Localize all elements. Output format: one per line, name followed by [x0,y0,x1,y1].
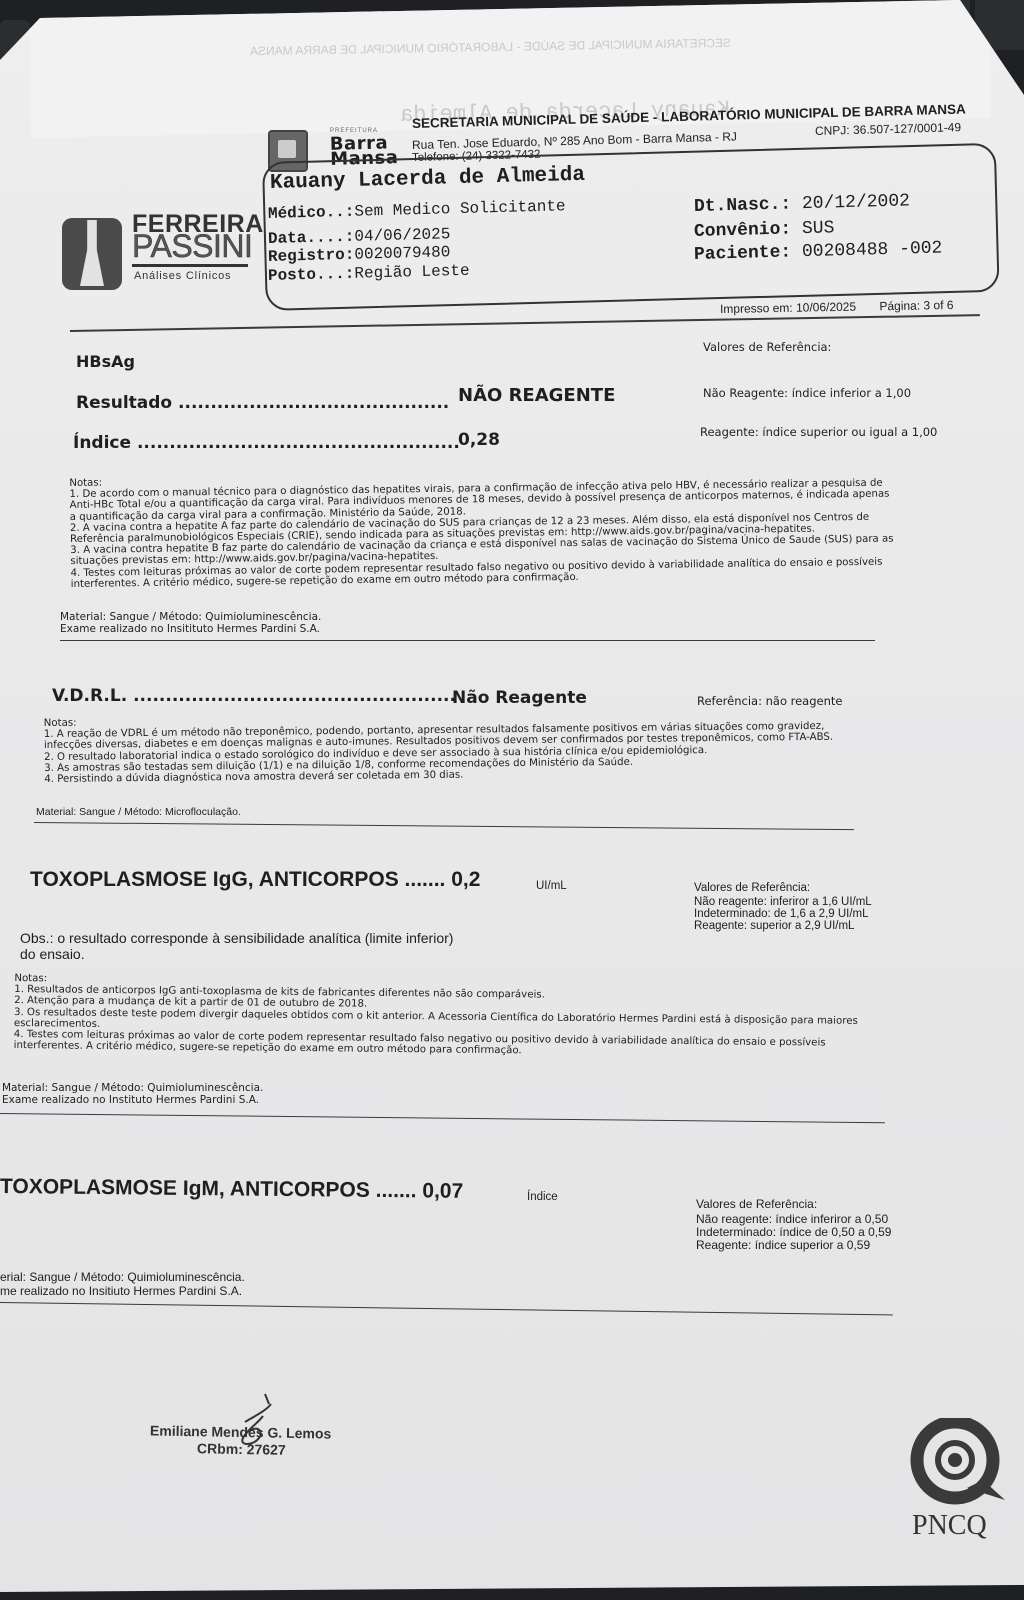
lab-report-page: SECRETARIA MUNICIPAL DE SAÚDE - LABORATÓ… [0,0,1024,1600]
toxo-igm-material: erial: Sangue / Método: Quimioluminescên… [0,1270,245,1298]
hbsag-title: HBsAg [76,352,135,371]
hbsag-resultado-ref: Não Reagente: índice inferior a 1,00 [703,386,911,400]
institution-cnpj: CNPJ: 36.507-127/0001-49 [815,120,961,138]
hbsag-ref-title: Valores de Referência: [703,340,831,354]
hbsag-notes: Notas: 1. De acordo com o manual técnico… [69,467,894,591]
vdrl-title: V.D.R.L. ...............................… [52,686,456,706]
page-number: Página: 3 of 6 [879,298,953,313]
signatory-name: Emiliane Mendes G. Lemos [150,1422,332,1441]
lab-logo-divider [132,264,248,267]
printed-date: Impresso em: 10/06/2025 [720,300,856,316]
lab-logo-line2: PASSINI [132,228,252,265]
print-info: Impresso em: 10/06/2025 Página: 3 of 6 [720,298,954,316]
hbsag-resultado-value: NÃO REAGENTE [458,385,615,406]
hbsag-indice-label: Índice .................................… [73,433,460,453]
institution-address: Rua Ten. Jose Eduardo, Nº 285 Ano Bom - … [412,129,737,152]
pncq-target-icon [905,1418,1009,1508]
signatory-crbm: CRbm: 27627 [197,1440,286,1458]
convenio-field: Convênio: SUS [694,218,835,242]
vdrl-material: Material: Sangue / Método: Microfloculaç… [36,806,241,818]
toxo-igm-refs: Valores de Referência: Não reagente: índ… [696,1198,891,1252]
lab-logo-subtitle: Análises Clínicos [134,270,231,282]
hbsag-resultado-label: Resultado ..............................… [76,393,449,413]
hbsag-material: Material: Sangue / Método: Quimiolumines… [60,611,321,635]
hbsag-indice-ref: Reagente: índice superior ou igual a 1,0… [700,425,937,439]
vdrl-ref: Referência: não reagente [697,694,842,708]
vdrl-value: Não Reagente [452,688,587,708]
toxo-igg-notes: Notas: 1. Resultados de anticorpos IgG a… [14,973,859,1060]
section-divider [34,822,854,830]
toxo-igg-obs: Obs.: o resultado corresponde à sensibil… [20,930,453,962]
toxo-igg-title: TOXOPLASMOSE IgG, ANTICORPOS ....... 0,2 [30,868,480,892]
section-divider [0,1302,893,1315]
toxo-igg-refs: Valores de Referência: Não reagente: inf… [694,882,872,932]
toxo-igm-unit: Índice [527,1191,558,1203]
toxo-igg-unit: UI/mL [536,880,567,892]
pncq-label: PNCQ [912,1510,987,1542]
toxo-igm-title: TOXOPLASMOSE IgM, ANTICORPOS ....... 0,0… [0,1175,463,1204]
section-divider [60,640,875,641]
vdrl-notes: Notas: 1. A reação de VDRL é um método n… [44,710,834,785]
header-divider [70,314,980,332]
section-divider [0,1113,885,1123]
hbsag-indice-value: 0,28 [458,430,500,450]
toxo-igg-material: Material: Sangue / Método: Quimiolumines… [2,1082,263,1106]
